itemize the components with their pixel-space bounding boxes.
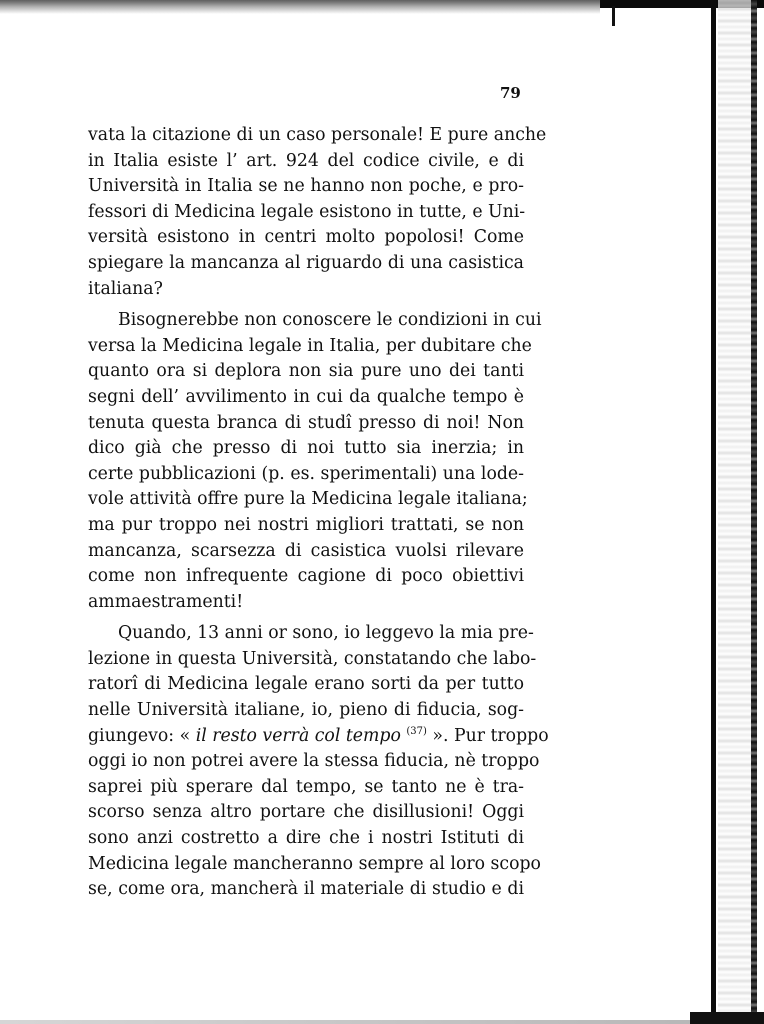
- text-line: segni dell’ avvilimento in cui da qualch…: [88, 385, 524, 411]
- text-line: italiana?: [88, 277, 524, 303]
- text-line: Medicina legale mancheranno sempre al lo…: [88, 852, 524, 878]
- scan-bottom-corner: [690, 1012, 764, 1024]
- page-binding-line: [711, 0, 716, 1024]
- text-line: mancanza, scarsezza di casistica vuolsi …: [88, 539, 524, 565]
- text-line: vole attività offre pure la Medicina leg…: [88, 487, 524, 513]
- footnote-reference[interactable]: (37): [406, 726, 427, 737]
- paragraph-2: Bisognerebbe non conoscere le condizioni…: [88, 308, 524, 615]
- scan-bottom-edge: [0, 1020, 690, 1024]
- paragraph-1: vata la citazione di un caso personale! …: [88, 123, 524, 302]
- page-binding-edge: [718, 0, 752, 1024]
- text-line: nelle Università italiane, io, pieno di …: [88, 698, 524, 724]
- text-line: se, come ora, mancherà il materiale di s…: [88, 877, 524, 903]
- text-line: dico già che presso di noi tutto sia ine…: [88, 436, 524, 462]
- page-number: 79: [500, 84, 521, 102]
- italic-quote: il resto verrà col tempo: [196, 726, 401, 746]
- text-line: ma pur troppo nei nostri migliori tratta…: [88, 513, 524, 539]
- text-line: lezione in questa Università, constatand…: [88, 647, 524, 673]
- text-line: in Italia esiste l’ art. 924 del codice …: [88, 149, 524, 175]
- scan-top-notch: [612, 6, 615, 26]
- text-line: oggi io non potrei avere la stessa fiduc…: [88, 749, 524, 775]
- body-text: vata la citazione di un caso personale! …: [88, 123, 524, 903]
- text-line: Università in Italia se ne hanno non poc…: [88, 174, 524, 200]
- quote-line-after: ». Pur troppo: [427, 726, 549, 746]
- quote-line: giungevo: « il resto verrà col tempo (37…: [88, 724, 524, 750]
- text-line: ratorî di Medicina legale erano sorti da…: [88, 672, 524, 698]
- text-line: versità esistono in centri molto popolos…: [88, 225, 524, 251]
- text-line: certe pubblicazioni (p. es. sperimentali…: [88, 462, 524, 488]
- text-line: saprei più sperare dal tempo, se tanto n…: [88, 775, 524, 801]
- text-line: sono anzi costretto a dire che i nostri …: [88, 826, 524, 852]
- text-line: come non infrequente cagione di poco obi…: [88, 564, 524, 590]
- text-line: quanto ora si deplora non sia pure uno d…: [88, 359, 524, 385]
- text-line: ammaestramenti!: [88, 590, 524, 616]
- text-line: tenuta questa branca di studî presso di …: [88, 411, 524, 437]
- page-binding-outer: [751, 0, 757, 1024]
- text-line: fessori di Medicina legale esistono in t…: [88, 200, 524, 226]
- quote-line-before: giungevo: «: [88, 726, 196, 746]
- text-line: scorso senza altro portare che disillusi…: [88, 800, 524, 826]
- text-line: vata la citazione di un caso personale! …: [88, 123, 524, 149]
- scan-top-edge: [0, 0, 600, 14]
- text-line: spiegare la mancanza al riguardo di una …: [88, 251, 524, 277]
- text-line: versa la Medicina legale in Italia, per …: [88, 334, 524, 360]
- text-line: Bisognerebbe non conoscere le condizioni…: [88, 308, 524, 334]
- paragraph-3: Quando, 13 anni or sono, io leggevo la m…: [88, 621, 524, 903]
- text-line: Quando, 13 anni or sono, io leggevo la m…: [88, 621, 524, 647]
